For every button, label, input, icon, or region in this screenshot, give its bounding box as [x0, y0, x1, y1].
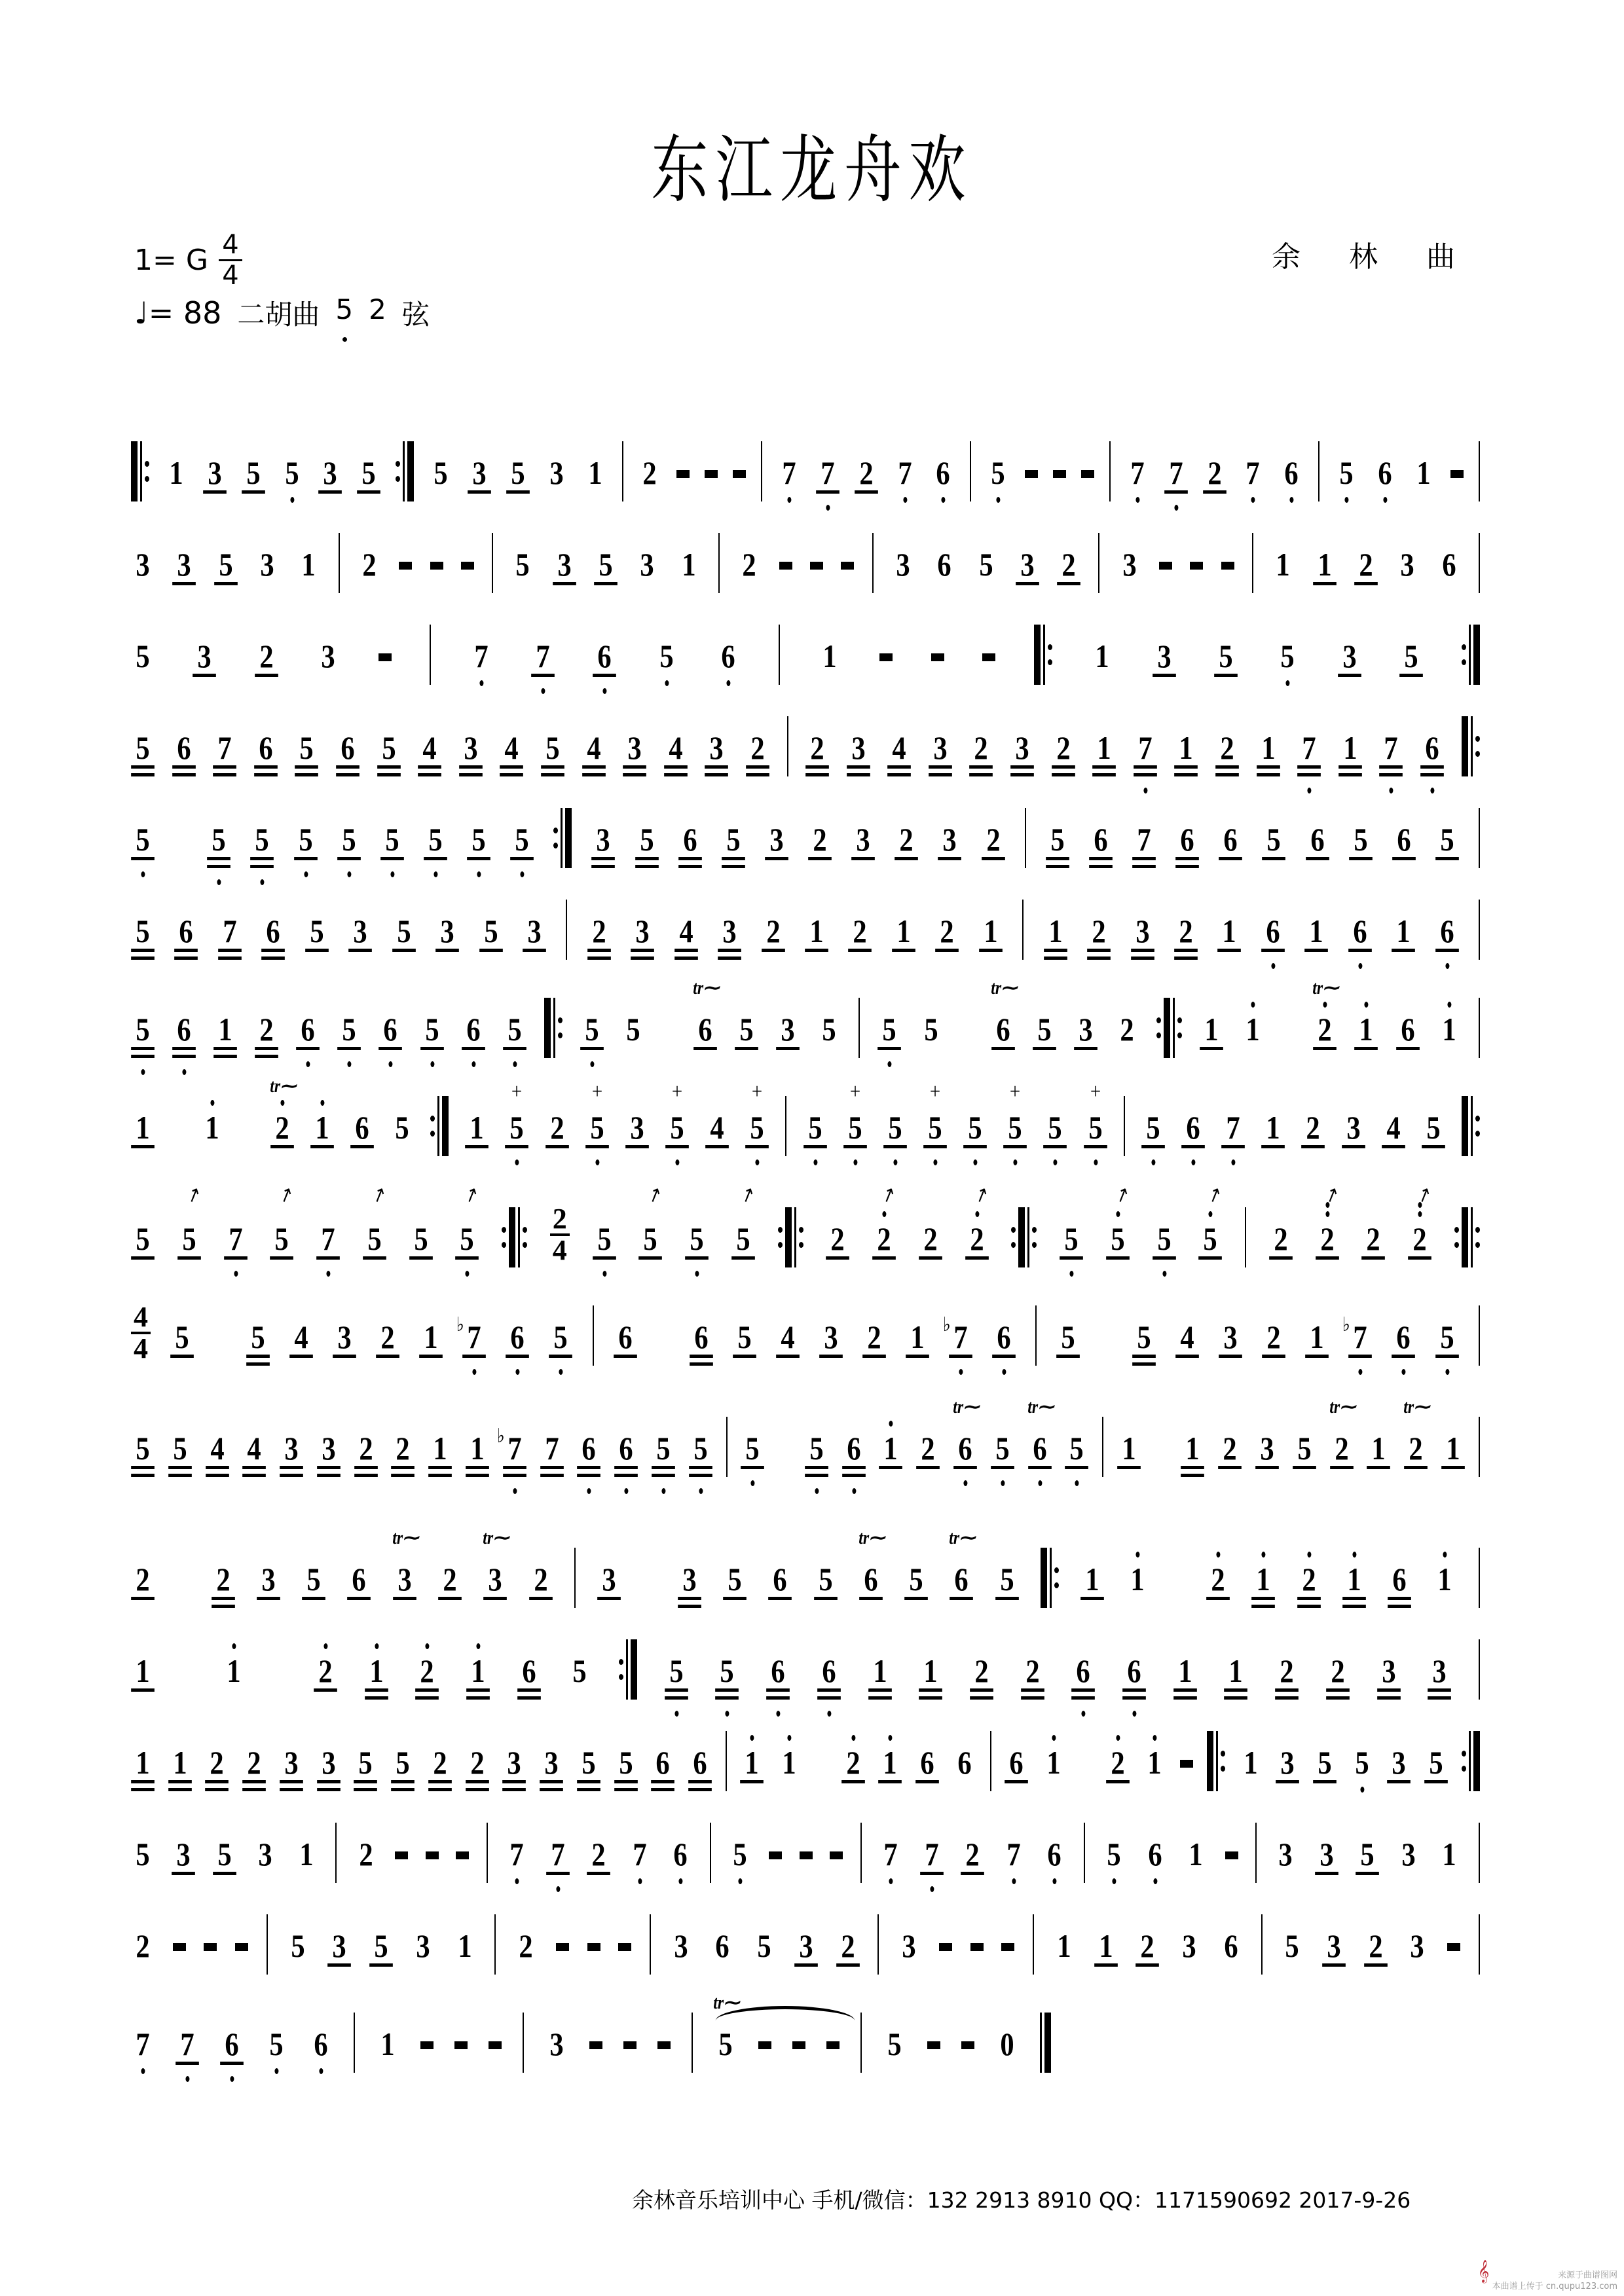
time-top: 4: [222, 230, 238, 259]
thick-line: [1473, 625, 1480, 685]
octave-dot-low: [959, 1369, 963, 1375]
underline: [859, 1597, 883, 1600]
underline: [254, 765, 278, 769]
note: 5: [805, 1109, 825, 1146]
note: 4: [1383, 1109, 1403, 1146]
note: 6: [263, 913, 284, 949]
underline: [718, 949, 741, 952]
note: 1: [779, 1744, 800, 1781]
underline: [483, 1597, 507, 1600]
note: 5+: [925, 1109, 946, 1146]
underline: [246, 1355, 270, 1358]
underline: [261, 949, 285, 952]
note: 6: [1393, 1319, 1414, 1355]
underline: [1089, 865, 1113, 868]
underline: [1132, 865, 1156, 868]
underline: [1174, 957, 1198, 960]
note: 6: [691, 1319, 711, 1355]
underline: [1214, 674, 1238, 677]
octave-dot-low: [603, 688, 607, 694]
note: 5: [426, 821, 446, 858]
barline: [354, 2013, 355, 2073]
note: 2tr⁓: [1406, 1430, 1426, 1467]
underline: [1072, 1688, 1096, 1692]
composer-credit: 余 林 曲: [1272, 233, 1475, 275]
underline: [270, 1256, 293, 1260]
underline: [1297, 773, 1321, 776]
note: 5: [252, 821, 272, 858]
underline: [1349, 857, 1373, 860]
note: 5: [1278, 638, 1298, 674]
extension-dash: [378, 653, 392, 661]
note: 3: [1076, 1011, 1096, 1048]
octave-dot-low: [479, 680, 483, 686]
flat-icon: ♭: [497, 1418, 505, 1455]
quarter-note-icon: ♩= 88: [134, 295, 221, 331]
note: 4: [676, 913, 696, 949]
extension-dash: [1159, 562, 1172, 570]
note: 6: [352, 1109, 373, 1146]
tuning-low: 5: [335, 293, 353, 333]
underline: [805, 1466, 828, 1469]
score-row: 56765654345434322343232171217176: [131, 694, 1480, 786]
underline: [705, 1145, 729, 1148]
underline: [1052, 773, 1075, 776]
repeat-dots: [619, 1659, 623, 1680]
note: 5: [723, 821, 743, 858]
note: 6: [595, 638, 615, 674]
note: 7: [471, 638, 491, 674]
trill-icon: tr⁓: [1027, 1389, 1054, 1426]
footer-contact: 余林音乐培训中心 手机/微信：132 2913 8910 QQ：11715906…: [632, 2183, 1411, 2214]
octave-dot-low: [638, 1878, 642, 1884]
underline: [466, 1688, 490, 1692]
underline: [1302, 1145, 1325, 1148]
underline: [1131, 949, 1154, 952]
note: 2: [807, 729, 828, 766]
note: 7: [881, 1836, 901, 1872]
underline: [970, 1688, 993, 1692]
note: 2: [1217, 729, 1238, 766]
note: 2: [1176, 913, 1196, 949]
underline: [705, 765, 728, 769]
row-content: 56765654345434322343232171217176: [131, 716, 1480, 766]
octave-dot-low: [434, 871, 437, 877]
barline: [990, 1731, 991, 1791]
underline: [1420, 765, 1444, 769]
underline: [1428, 1696, 1451, 1700]
note: 5: [654, 1430, 674, 1467]
barline: [1479, 1417, 1480, 1477]
barline: [1255, 1823, 1257, 1883]
note: 5: [570, 1652, 590, 1689]
extension-dash: [1081, 470, 1094, 478]
repeat-barline: [1462, 1731, 1480, 1791]
extension-dash: [618, 1943, 631, 1951]
note: 1: [1314, 546, 1335, 583]
extension-dash: [826, 2041, 840, 2049]
octave-dot-low: [513, 1488, 517, 1494]
note: 7: [779, 454, 800, 491]
underline: [1134, 773, 1157, 776]
underline: [614, 1466, 638, 1469]
note: 1: [1443, 1430, 1464, 1467]
note: 5: [513, 546, 533, 583]
repeat-dots: [1454, 1227, 1459, 1248]
underline: [466, 1788, 489, 1791]
underline: [224, 1256, 248, 1260]
note: 2: [1137, 1927, 1158, 1964]
note: 2: [1059, 546, 1079, 583]
note: 6: [933, 454, 953, 491]
underline: [1261, 1145, 1285, 1148]
barline: [622, 441, 623, 501]
thin-line: [561, 808, 563, 868]
underline: [212, 1597, 235, 1600]
note: 3: [335, 1319, 355, 1355]
barline: [574, 1548, 576, 1608]
octave-dot-low: [1345, 497, 1349, 503]
note: 7: [629, 1836, 650, 1872]
score-title: 东江龙舟欢: [179, 111, 1445, 217]
note: 5: [215, 546, 236, 583]
underline: [1342, 1597, 1366, 1600]
octave-dot-low: [471, 1061, 475, 1067]
underline: [1117, 1466, 1141, 1469]
note: 2: [213, 1561, 233, 1597]
note: 7: [1243, 454, 1263, 491]
octave-dot-low: [590, 1061, 594, 1067]
underline: [651, 1788, 674, 1791]
underline: [582, 773, 606, 776]
underline: [690, 1362, 713, 1366]
underline: [851, 857, 875, 860]
octave-dot-high: [1418, 1211, 1422, 1217]
underline: [855, 490, 878, 494]
note: 1: [1054, 1927, 1075, 1964]
underline: [816, 490, 840, 494]
note: 2: [440, 1561, 460, 1597]
octave-dot-low: [1290, 497, 1294, 503]
octave-dot-low: [678, 1878, 682, 1884]
underline: [887, 773, 911, 776]
note: 2: [843, 1744, 863, 1781]
note: 6: [1282, 454, 1302, 491]
extension-dash: [589, 2041, 602, 2049]
underline: [540, 1780, 563, 1783]
score-row: 55↗75↗75↗55↗2455↗55↗22↗22↗55↗55↗22↗22↗: [131, 1185, 1480, 1277]
note: 3: [720, 913, 740, 949]
underline: [131, 957, 155, 960]
note: 4: [207, 1430, 227, 1467]
thin-line: [403, 441, 405, 501]
note: 2: [516, 1927, 536, 1964]
underline: [982, 857, 1005, 860]
note: 3: [1399, 1836, 1419, 1872]
note: 3: [318, 638, 339, 674]
note: 2: [864, 1319, 885, 1355]
note: 1: [678, 546, 699, 583]
octave-dot-low: [1162, 1271, 1166, 1277]
note: 7: [818, 454, 838, 491]
thick-line: [785, 1207, 792, 1267]
note: 2: [1363, 1220, 1384, 1257]
thin-line: [794, 1207, 796, 1267]
note: 5: [133, 1220, 153, 1257]
repeat-dots: [1054, 1567, 1059, 1588]
octave-dot-low: [306, 1061, 310, 1067]
underline: [991, 1047, 1015, 1050]
octave-dot-low: [1360, 1787, 1364, 1793]
note: 2: [378, 1319, 398, 1355]
extension-dash: [961, 2041, 974, 2049]
flat-icon: ♭: [943, 1307, 951, 1343]
underline: [131, 1688, 155, 1692]
note: 3: [542, 1744, 562, 1781]
note: 2↗: [967, 1220, 987, 1257]
note: 5: [690, 1430, 710, 1467]
octave-dot-high: [1136, 1552, 1140, 1558]
octave-dot-low: [513, 1061, 517, 1067]
repeat-barline: [1462, 716, 1480, 776]
underline: [280, 1780, 303, 1783]
note: 5↗: [640, 1220, 661, 1257]
octave-dot-low: [541, 688, 545, 694]
note: 5: [371, 1927, 392, 1964]
thin-line: [1040, 2013, 1042, 2073]
note: 5: [481, 913, 501, 949]
thick-line: [1462, 716, 1468, 776]
underline: [168, 1788, 192, 1791]
row-content: 11223355223355661121666121135535: [131, 1731, 1480, 1781]
underline: [479, 949, 503, 952]
note: 3: [174, 546, 194, 583]
note: 5: [1134, 1319, 1154, 1355]
note: 5: [469, 821, 489, 858]
note: 6: [1006, 1744, 1027, 1781]
note: 5: [879, 1011, 900, 1048]
underline: [585, 1145, 609, 1148]
note: 5: [730, 1836, 750, 1872]
octave-dot-low: [661, 1488, 665, 1494]
octave-dot-low: [304, 871, 308, 877]
underline: [836, 1963, 860, 1967]
underline: [131, 1788, 155, 1791]
key-signature: 1= G 4 4: [134, 230, 242, 290]
extension-dash: [1450, 470, 1464, 478]
note: 7: [533, 638, 553, 674]
underline: [354, 1474, 378, 1477]
note: 3: [547, 2026, 567, 2062]
repeat-barline: [553, 808, 572, 868]
barline: [726, 1731, 727, 1791]
octave-dot-high: [882, 1211, 886, 1217]
note: 1: [1128, 1561, 1148, 1597]
repeat-barline: [1156, 998, 1182, 1058]
underline: [817, 1688, 841, 1692]
underline: [131, 765, 155, 769]
underline: [1297, 765, 1321, 769]
underline: [336, 773, 360, 776]
row-content: 5612656565556tr⁓535556tr⁓532112tr⁓161: [131, 998, 1480, 1048]
underline: [506, 1145, 529, 1148]
octave-dot-low: [185, 2076, 189, 2082]
thin-line: [1043, 625, 1045, 685]
underline: [1005, 1780, 1029, 1783]
extension-dash: [1180, 1760, 1193, 1768]
score-row: 2535312365323112365323: [131, 1892, 1480, 1984]
underline: [467, 857, 490, 860]
octave-dot-low: [515, 1878, 519, 1884]
note: 7: [215, 729, 235, 766]
note: 6: [616, 1430, 637, 1467]
note: 2: [763, 913, 783, 949]
underline: [438, 1597, 462, 1600]
barline: [718, 533, 720, 593]
repeat-dots: [1032, 1227, 1037, 1248]
trill-icon: tr⁓: [392, 1520, 418, 1557]
note: 5: [411, 1220, 431, 1257]
underline: [131, 1466, 155, 1469]
note: 5: [1154, 1220, 1174, 1257]
octave-dot-low: [347, 871, 351, 877]
underline: [270, 1145, 294, 1148]
barline: [692, 2013, 693, 2073]
underline: [862, 1355, 886, 1358]
underline: [540, 1474, 564, 1477]
barline: [1022, 900, 1024, 960]
underline: [1206, 1597, 1230, 1600]
underline: [424, 857, 447, 860]
underline: [1106, 1256, 1130, 1260]
note: 6tr⁓: [1029, 1430, 1050, 1467]
treble-clef-icon: 𝄞: [1478, 2266, 1490, 2277]
thick-line: [1473, 1731, 1480, 1791]
note: 6: [1422, 729, 1443, 766]
note: 2: [360, 546, 380, 583]
note: 6: [615, 1319, 635, 1355]
extension-dash: [1190, 562, 1203, 570]
note: 5: [287, 1927, 308, 1964]
row-content: 223563tr⁓23tr⁓2335656tr⁓56tr⁓511212161: [131, 1548, 1480, 1597]
note: 2: [972, 1652, 992, 1689]
note: 1: [880, 1744, 900, 1781]
note: 3: [671, 1927, 691, 1964]
underline: [553, 582, 576, 585]
octave-dot-low: [1174, 505, 1178, 511]
underline: [365, 1688, 388, 1692]
note: 5: [1061, 1220, 1082, 1257]
underline: [735, 1047, 758, 1050]
octave-dot-low: [1251, 497, 1255, 503]
octave-dot-low: [903, 497, 907, 503]
underline: [1306, 1355, 1329, 1358]
note: 1: [1306, 913, 1327, 949]
note: 6: [671, 1836, 691, 1872]
underline: [580, 1047, 604, 1050]
octave-dot-low: [1075, 1480, 1079, 1486]
underline: [415, 1688, 439, 1692]
underline: [1219, 857, 1242, 860]
note: 5: [512, 821, 532, 858]
octave-dot-high: [375, 1643, 378, 1649]
underline: [203, 490, 227, 494]
underline: [377, 765, 401, 769]
underline: [242, 1474, 266, 1477]
underline: [503, 1047, 526, 1050]
underline: [296, 1047, 320, 1050]
underline: [170, 1355, 194, 1358]
underline: [1313, 1780, 1337, 1783]
octave-dot-low: [521, 871, 525, 877]
instrument-label: 二胡曲: [237, 293, 320, 333]
octave-dot-high: [320, 1100, 324, 1106]
note: 3: [257, 546, 278, 583]
note: 7: [177, 2026, 198, 2062]
note: 4: [665, 729, 686, 766]
underline: [319, 490, 342, 494]
note: 6: [1177, 821, 1198, 858]
octave-dot-high: [426, 1643, 430, 1649]
underline: [1263, 857, 1286, 860]
flat-icon: ♭: [1342, 1307, 1350, 1343]
underline: [131, 1047, 155, 1050]
underline: [1174, 949, 1198, 952]
underline: [523, 949, 546, 952]
octave-dot-high: [1443, 1552, 1447, 1558]
note: 1: [1119, 1430, 1139, 1467]
note: 1: [366, 1652, 386, 1689]
underline: [1441, 1466, 1465, 1469]
underline: [741, 1780, 764, 1783]
underline: [722, 865, 745, 868]
note: 3: [320, 454, 341, 491]
underline: [419, 1355, 443, 1358]
note: 1: [1240, 1744, 1261, 1781]
underline: [280, 1788, 303, 1791]
underline: [849, 949, 872, 952]
repeat-dots: [1462, 644, 1466, 665]
note: 3: [1378, 1652, 1399, 1689]
note: 1: [1175, 1652, 1195, 1689]
underline: [510, 857, 534, 860]
octave-dot-low: [727, 680, 731, 686]
octave-dot-high: [1352, 1552, 1356, 1558]
octave-dot-high: [889, 1421, 893, 1427]
note: 1: [820, 638, 840, 674]
underline: [131, 1780, 155, 1783]
octave-dot-high: [889, 1735, 893, 1741]
underline: [883, 1145, 907, 1148]
repeat-dots: [502, 1227, 506, 1248]
repeat-barline: [1011, 1207, 1037, 1267]
octave-dot-low: [751, 1480, 755, 1486]
underline: [1072, 1696, 1096, 1700]
extension-dash: [970, 1943, 984, 1951]
underline: [428, 1466, 452, 1469]
underline: [172, 1055, 196, 1058]
note: 5↗: [1107, 1220, 1128, 1257]
note: 2: [810, 821, 830, 858]
octave-dot-low: [1002, 1369, 1006, 1375]
underline: [168, 1780, 192, 1783]
note: 2: [828, 1220, 848, 1257]
note: 6: [653, 1744, 673, 1781]
note: 3: [319, 1430, 339, 1467]
underline: [766, 1696, 790, 1700]
underline: [1033, 1047, 1056, 1050]
octave-dot-high: [1153, 1735, 1157, 1741]
